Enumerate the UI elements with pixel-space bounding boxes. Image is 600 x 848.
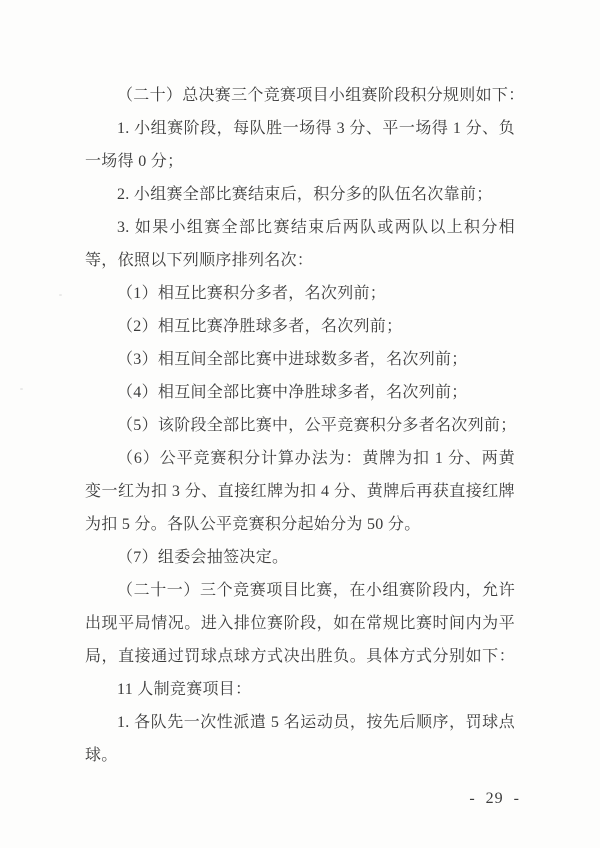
document-line: （2）相互比赛净胜球多者，名次列前；: [85, 310, 515, 343]
document-line: 球。: [85, 739, 515, 772]
document-line: 出现平局情况。进入排位赛阶段，如在常规比赛时间内为平: [85, 607, 515, 640]
document-line: 一场得 0 分；: [85, 145, 515, 178]
document-line: 1. 各队先一次性派遣 5 名运动员，按先后顺序，罚球点: [85, 706, 515, 739]
document-line: （7）组委会抽签决定。: [85, 541, 515, 574]
page-number: - 29 -: [469, 789, 520, 809]
document-line: （1）相互比赛积分多者，名次列前；: [85, 277, 515, 310]
document-page: （二十）总决赛三个竞赛项目小组赛阶段积分规则如下： 1. 小组赛阶段，每队胜一场…: [0, 0, 600, 848]
document-line: （二十一）三个竞赛项目比赛，在小组赛阶段内，允许: [85, 574, 515, 607]
document-line: 1. 小组赛阶段，每队胜一场得 3 分、平一场得 1 分、负: [85, 112, 515, 145]
document-line: 3. 如果小组赛全部比赛结束后两队或两队以上积分相: [85, 211, 515, 244]
document-line: （二十）总决赛三个竞赛项目小组赛阶段积分规则如下：: [85, 79, 515, 112]
document-line: 2. 小组赛全部比赛结束后，积分多的队伍名次靠前；: [85, 178, 515, 211]
document-line: （4）相互间全部比赛中净胜球多者，名次列前；: [85, 376, 515, 409]
scan-speck: [59, 294, 62, 296]
document-line: 局，直接通过罚球点球方式决出胜负。具体方式分别如下：: [85, 640, 515, 673]
document-text-block: （二十）总决赛三个竞赛项目小组赛阶段积分规则如下： 1. 小组赛阶段，每队胜一场…: [85, 79, 515, 772]
document-line: （3）相互间全部比赛中进球数多者，名次列前；: [85, 343, 515, 376]
document-line: 变一红为扣 3 分、直接红牌为扣 4 分、黄牌后再获直接红牌: [85, 475, 515, 508]
document-line: 为扣 5 分。各队公平竞赛积分起始分为 50 分。: [85, 508, 515, 541]
document-line: 11 人制竞赛项目：: [85, 673, 515, 706]
document-line: 等，依照以下列顺序排列名次：: [85, 244, 515, 277]
document-line: （6）公平竞赛积分计算办法为：黄牌为扣 1 分、两黄: [85, 442, 515, 475]
scan-speck: [20, 388, 23, 390]
document-line: （5）该阶段全部比赛中，公平竞赛积分多者名次列前；: [85, 409, 515, 442]
